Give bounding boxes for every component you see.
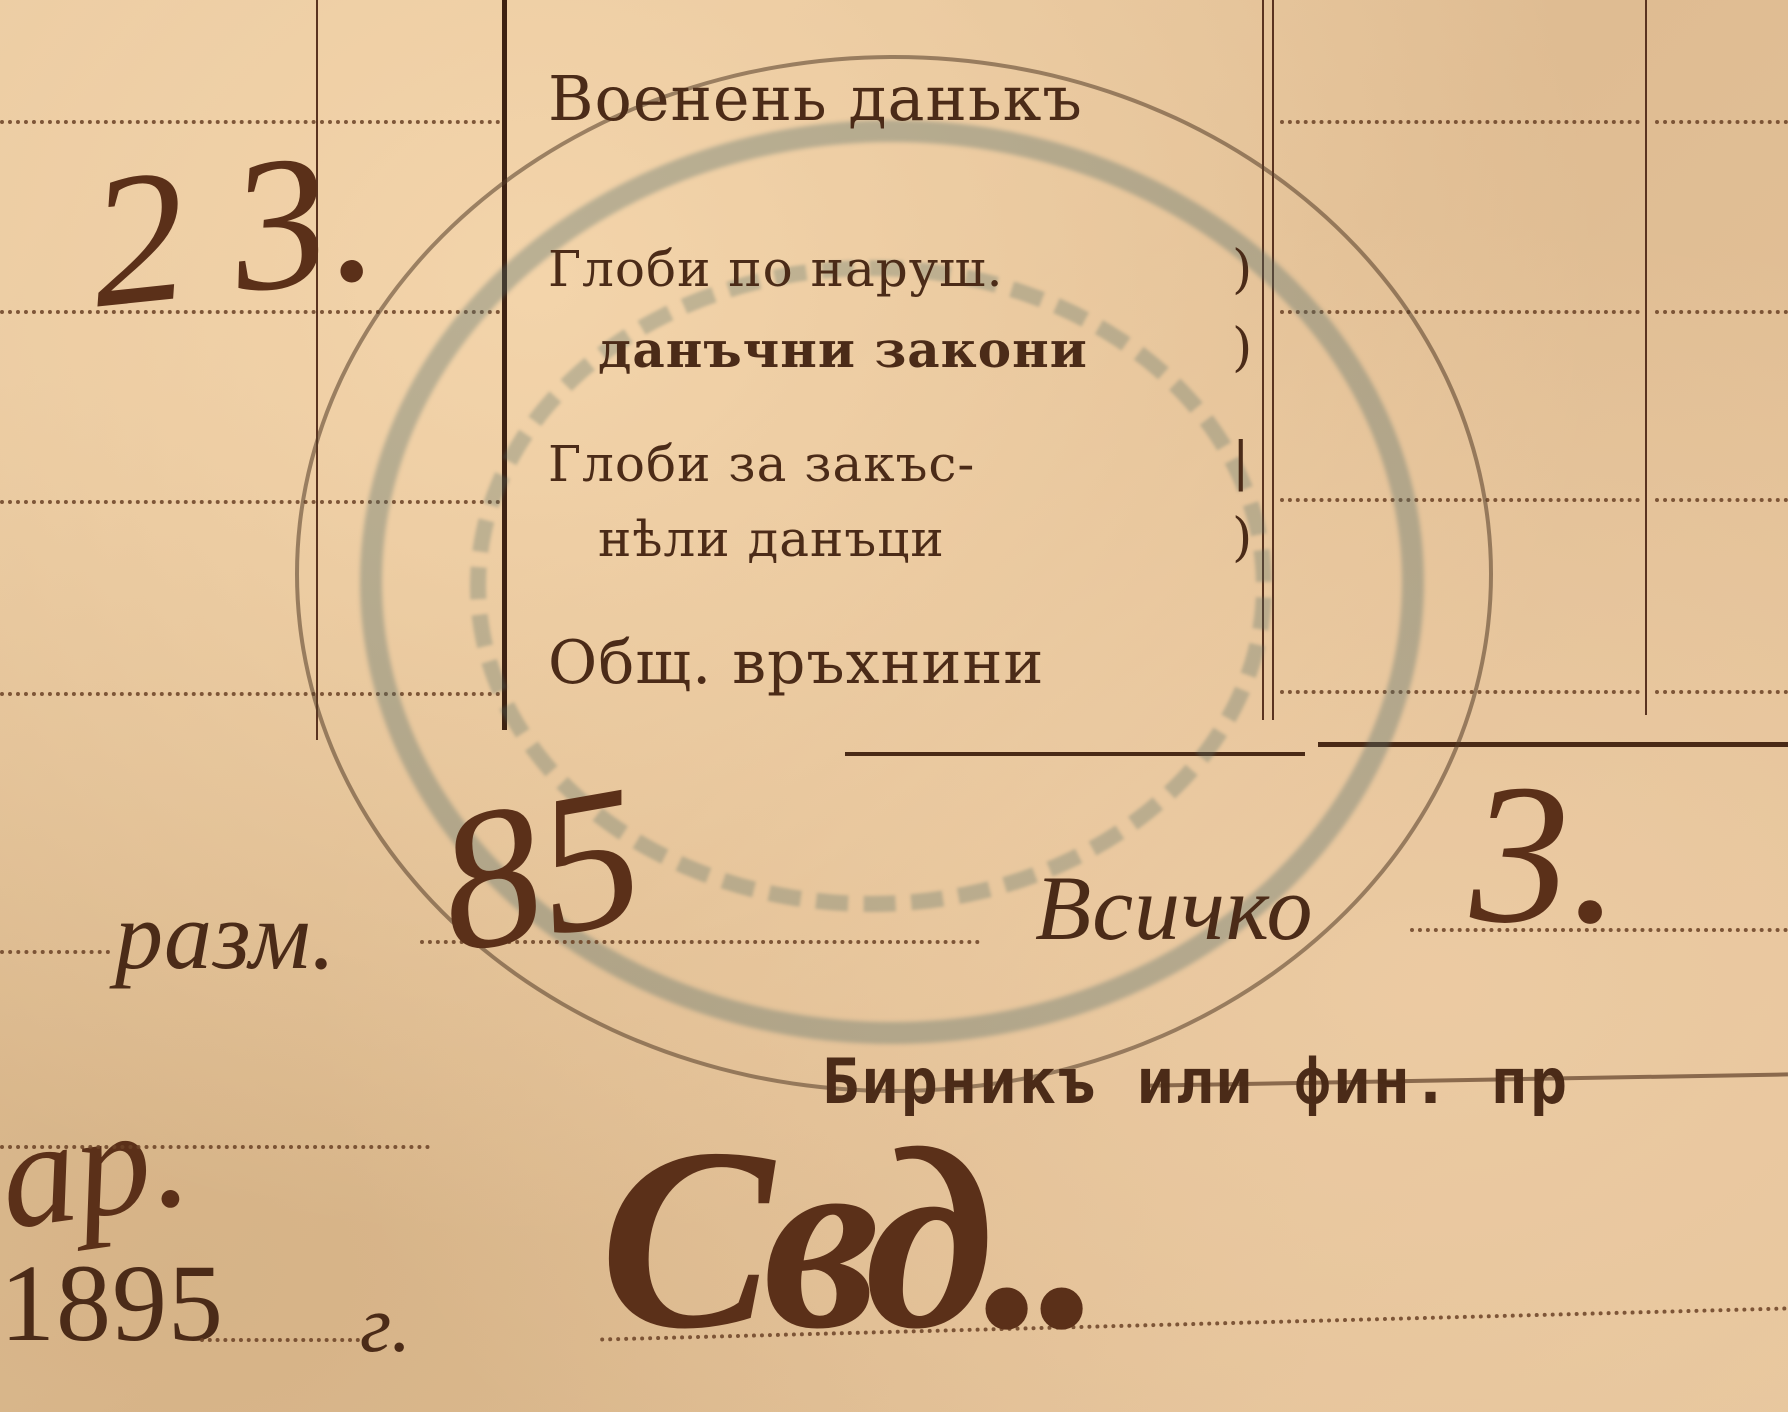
row-line xyxy=(1655,690,1788,694)
column-rule-right xyxy=(1645,0,1647,715)
label-municipal-surcharges: Общ. връхнини xyxy=(548,628,1044,698)
year-dotted-line xyxy=(200,1338,360,1342)
label-late-fines-line2: нѣли данъци xyxy=(598,510,945,568)
signature: Свд.. xyxy=(600,1090,1094,1389)
handwritten-razm-amount: 85 xyxy=(422,739,659,999)
label-year: 1895 xyxy=(0,1240,224,1367)
month-dotted-line xyxy=(0,1145,430,1149)
label-razm: разм. xyxy=(115,880,336,991)
label-fines-tax-law-line1: Глоби по наруш. xyxy=(548,240,1004,298)
row-line xyxy=(0,500,316,504)
row-line xyxy=(1655,498,1788,502)
brace-icon: ) xyxy=(1232,240,1252,300)
brace-icon: | xyxy=(1232,432,1250,492)
label-total: Всичко xyxy=(1035,855,1313,961)
handwritten-amount-left: 2 3. xyxy=(79,106,385,353)
row-line xyxy=(1655,310,1788,314)
razm-dotted-line xyxy=(0,950,110,954)
label-military-tax: Военень данькъ xyxy=(548,62,1083,135)
row-line xyxy=(1655,120,1788,124)
label-fines-tax-law-line2: данъчни закони xyxy=(598,320,1088,379)
label-late-fines-line1: Глоби за закъс- xyxy=(548,435,975,493)
row-line xyxy=(1280,120,1640,124)
handwritten-month-fragment: ар. xyxy=(0,1068,199,1264)
handwritten-total-amount: 3. xyxy=(1470,740,1620,969)
brace-icon: ) xyxy=(1232,318,1252,378)
label-year-suffix: г. xyxy=(360,1280,412,1371)
brace-icon: ) xyxy=(1232,508,1252,568)
row-line xyxy=(0,692,316,696)
